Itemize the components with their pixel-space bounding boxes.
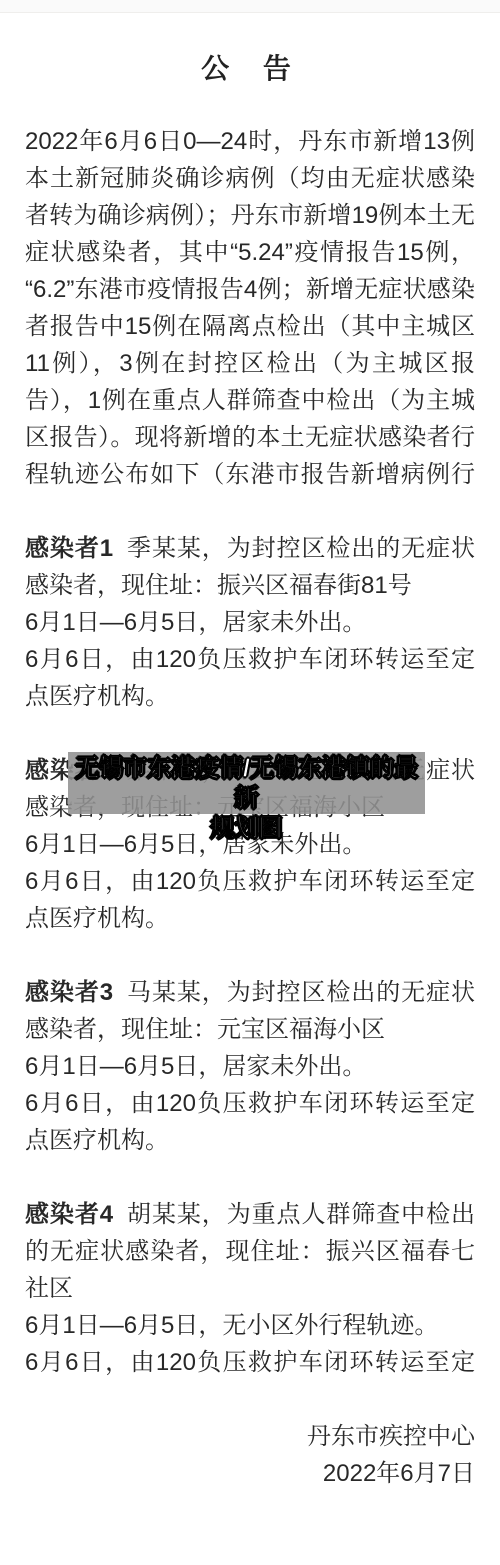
overlay-title-line2: 规划图 — [68, 814, 425, 844]
footer-org: 丹东市疾控中心 — [25, 1418, 475, 1455]
trajectory-line: 6月6日，由120负压救护车闭环转运至定点医疗机构。 — [25, 1344, 475, 1381]
trajectory-line: 6月1日—6月5日，居家未外出。 — [25, 1048, 475, 1085]
intro-paragraph: 2022年6月6日0—24时，丹东市新增13例本土新冠肺炎确诊病例（均由无症状感… — [25, 123, 475, 493]
case-label: 感染者4 — [25, 1201, 113, 1228]
page-title: 公 告 — [25, 49, 475, 89]
infected-case-4: 感染者4胡某某，为重点人群筛查中检出的无症状感染者，现住址：振兴区福春七社区 6… — [25, 1196, 475, 1381]
top-strip — [0, 0, 500, 13]
watermark-overlay: 无锡市东港疫情/无锡东港镇的最新 规划图 — [68, 752, 425, 814]
trajectory-line: 6月6日，由120负压救护车闭环转运至定点医疗机构。 — [25, 641, 475, 715]
case-label: 感染者3 — [25, 979, 113, 1006]
signature-block: 丹东市疾控中心 2022年6月7日 — [25, 1418, 475, 1492]
case-head: 感染者4胡某某，为重点人群筛查中检出的无症状感染者，现住址：振兴区福春七社区 — [25, 1196, 475, 1307]
infected-case-3: 感染者3马某某，为封控区检出的无症状感染者，现住址：元宝区福海小区 6月1日—6… — [25, 974, 475, 1159]
trajectory-line: 6月1日—6月5日，居家未外出。 — [25, 604, 475, 641]
case-label: 感染者1 — [25, 535, 113, 562]
trajectory-line: 6月1日—6月5日，无小区外行程轨迹。 — [25, 1307, 475, 1344]
infected-case-1: 感染者1季某某，为封控区检出的无症状感染者，现住址：振兴区福春街81号 6月1日… — [25, 530, 475, 715]
trajectory-line: 6月6日，由120负压救护车闭环转运至定点医疗机构。 — [25, 1085, 475, 1159]
case-head: 感染者1季某某，为封控区检出的无症状感染者，现住址：振兴区福春街81号 — [25, 530, 475, 604]
footer-date: 2022年6月7日 — [25, 1455, 475, 1492]
overlay-title-line1: 无锡市东港疫情/无锡东港镇的最新 — [68, 752, 425, 814]
case-head: 感染者3马某某，为封控区检出的无症状感染者，现住址：元宝区福海小区 — [25, 974, 475, 1048]
trajectory-line: 6月6日，由120负压救护车闭环转运至定点医疗机构。 — [25, 863, 475, 937]
